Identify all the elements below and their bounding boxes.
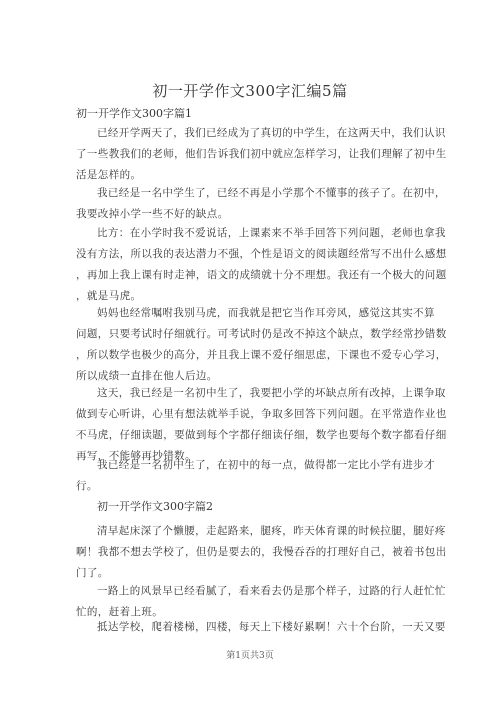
- text-line: 行。: [76, 476, 426, 497]
- section-heading-2: 初一开学作文300字篇2: [97, 498, 213, 514]
- paragraph: 妈妈也经常嘱咐我别马虎，而我就是把它当作耳旁风，感觉这其实不算 问题，只要考试时…: [76, 303, 426, 387]
- paragraph: 我已经是一名中学生了，已经不再是小学那个不懂事的孩子了。在初中， 我要改掉小学一…: [76, 183, 426, 225]
- text-line: 没有方法，所以我的表达潜力不强，个性是语文的阅读题经常写不出什么感想: [76, 244, 426, 265]
- text-line: 一路上的风景早已经看腻了，看来看去仍是那个样子，过路的行人赶忙忙: [76, 581, 426, 602]
- text-line: 做到专心听讲，心里有想法就举手说，争取多回答下列问题。在平常造作业也: [76, 404, 426, 425]
- paragraph: 比方：在小学时我不爱说话，上课素来不举手回答下列问题，老师也拿我 没有方法，所以…: [76, 223, 426, 307]
- text-line: 已经开学两天了，我们已经成为了真切的中学生，在这两天中，我们认识: [76, 123, 426, 144]
- text-line: 抵达学校，爬着楼梯，四楼，每天上下楼好累啊！六十个台阶，一天又要: [76, 617, 426, 638]
- text-line: 这天，我已经是一名初中生了，我要把小学的坏缺点所有改掉，上课争取: [76, 383, 426, 404]
- text-line: 我已经是一名初中生了，在初中的每一点，做得都一定比小学有进步才: [76, 455, 426, 476]
- text-line: 我已经是一名中学生了，已经不再是小学那个不懂事的孩子了。在初中，: [76, 183, 426, 204]
- text-line: 我要改掉小学一些不好的缺点。: [76, 204, 426, 225]
- paragraph: 我已经是一名初中生了，在初中的每一点，做得都一定比小学有进步才 行。: [76, 455, 426, 497]
- text-line: ，再加上我上课有时走神，语文的成绩就十分不理想。我还有一个极大的问题: [76, 265, 426, 286]
- document-title: 初一开学作文300字汇编5篇: [0, 80, 500, 101]
- document-page: 初一开学作文300字汇编5篇 初一开学作文300字篇1 已经开学两天了，我们已经…: [0, 0, 500, 708]
- text-line: 比方：在小学时我不爱说话，上课素来不举手回答下列问题，老师也拿我: [76, 223, 426, 244]
- text-line: 妈妈也经常嘱咐我别马虎，而我就是把它当作耳旁风，感觉这其实不算: [76, 303, 426, 324]
- text-line: 问题，只要考试时仔细就行。可考试时仍是改不掉这个缺点，数学经常抄错数: [76, 324, 426, 345]
- text-line: 不马虎，仔细读题，要做到每个字都仔细读仔细，数学也要每个数字都看仔细: [76, 425, 426, 446]
- page-footer: 第1页共3页: [0, 648, 500, 661]
- text-line: 清早起床深了个懒腰，走起路来，腿疼，昨天体育课的时候拉腿，腿好疼: [76, 521, 426, 542]
- paragraph: 清早起床深了个懒腰，走起路来，腿疼，昨天体育课的时候拉腿，腿好疼 啊！我都不想去…: [76, 521, 426, 584]
- section-heading-1: 初一开学作文300字篇1: [76, 105, 192, 121]
- paragraph: 抵达学校，爬着楼梯，四楼，每天上下楼好累啊！六十个台阶，一天又要: [76, 617, 426, 638]
- text-line: ，所以数学也极少的高分，并且我上课不爱仔细思虑，下课也不爱专心学习，: [76, 345, 426, 366]
- text-line: 了一些教我们的老师，他们告诉我们初中就应怎样学习，让我们理解了初中生: [76, 144, 426, 165]
- text-line: 啊！我都不想去学校了，但仍是要去的，我慢吞吞的打理好自己，被着书包出: [76, 542, 426, 563]
- paragraph: 已经开学两天了，我们已经成为了真切的中学生，在这两天中，我们认识 了一些教我们的…: [76, 123, 426, 186]
